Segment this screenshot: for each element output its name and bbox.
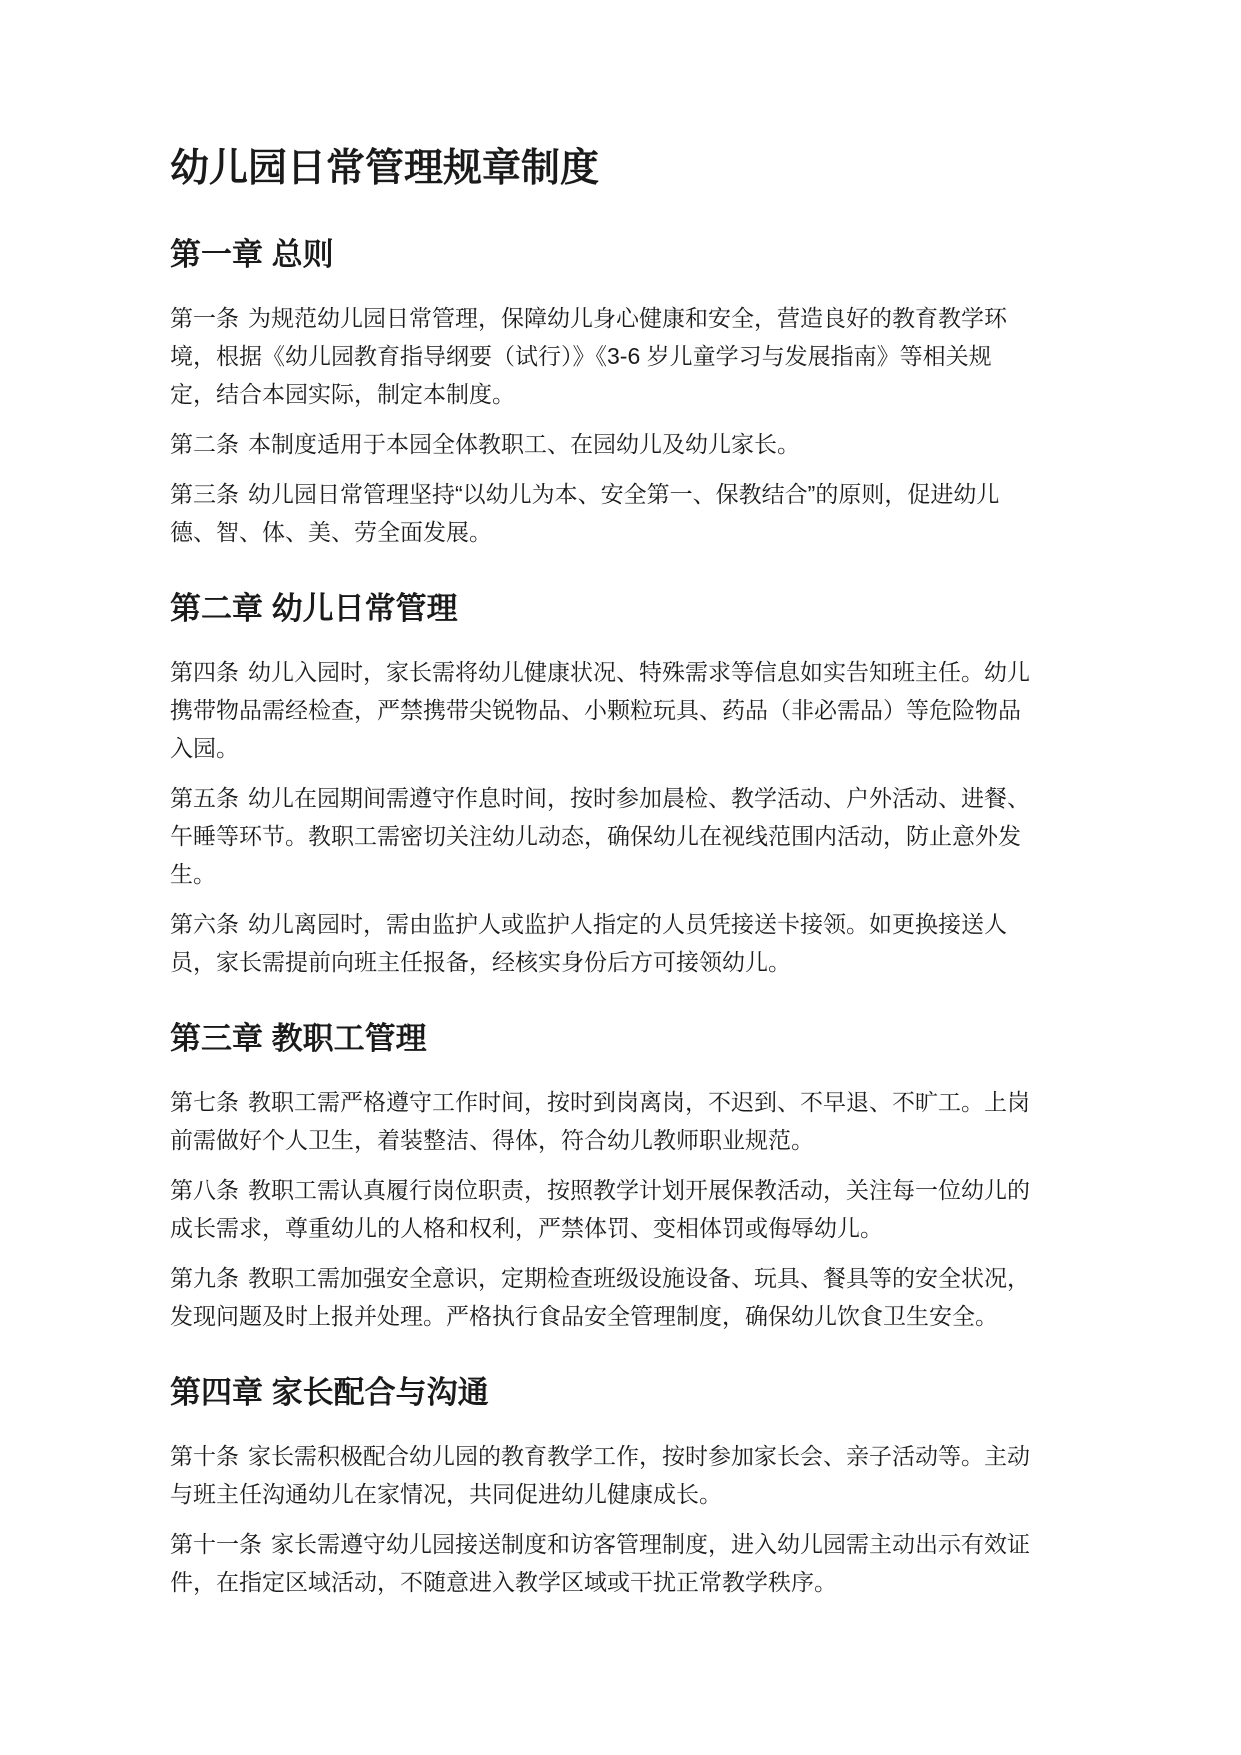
article-3: 第三条幼儿园日常管理坚持“以幼儿为本、安全第一、保教结合”的原则，促进幼儿 德、… — [170, 475, 1086, 551]
article-8: 第八条教职工需认真履行岗位职责，按照教学计划开展保教活动，关注每一位幼儿的 成长… — [170, 1171, 1086, 1247]
chapter-2-heading: 第二章 幼儿日常管理 — [170, 589, 1086, 629]
article-9: 第九条教职工需加强安全意识，定期检查班级设施设备、玩具、餐具等的安全状况， 发现… — [170, 1259, 1086, 1335]
article-9-text: 教职工需加强安全意识，定期检查班级设施设备、玩具、餐具等的安全状况， 发现问题及… — [170, 1265, 1030, 1329]
article-3-text: 幼儿园日常管理坚持“以幼儿为本、安全第一、保教结合”的原则，促进幼儿 德、智、体… — [170, 481, 999, 545]
article-7-label: 第七条 — [170, 1089, 239, 1115]
article-8-text: 教职工需认真履行岗位职责，按照教学计划开展保教活动，关注每一位幼儿的 成长需求，… — [170, 1177, 1030, 1241]
article-8-label: 第八条 — [170, 1177, 239, 1203]
article-6-text: 幼儿离园时，需由监护人或监护人指定的人员凭接送卡接领。如更换接送人 员，家长需提… — [170, 911, 1007, 975]
article-6: 第六条幼儿离园时，需由监护人或监护人指定的人员凭接送卡接领。如更换接送人 员，家… — [170, 905, 1086, 981]
article-4-text: 幼儿入园时，家长需将幼儿健康状况、特殊需求等信息如实告知班主任。幼儿 携带物品需… — [170, 659, 1030, 761]
article-1-label: 第一条 — [170, 305, 239, 331]
article-4: 第四条幼儿入园时，家长需将幼儿健康状况、特殊需求等信息如实告知班主任。幼儿 携带… — [170, 653, 1086, 767]
article-11: 第十一条家长需遵守幼儿园接送制度和访客管理制度，进入幼儿园需主动出示有效证 件，… — [170, 1525, 1086, 1601]
article-10-text: 家长需积极配合幼儿园的教育教学工作，按时参加家长会、亲子活动等。主动 与班主任沟… — [170, 1443, 1030, 1507]
chapter-3-heading: 第三章 教职工管理 — [170, 1019, 1086, 1059]
article-2-label: 第二条 — [170, 431, 239, 457]
chapter-4-heading: 第四章 家长配合与沟通 — [170, 1373, 1086, 1413]
article-11-label: 第十一条 — [170, 1531, 262, 1557]
article-10: 第十条家长需积极配合幼儿园的教育教学工作，按时参加家长会、亲子活动等。主动 与班… — [170, 1437, 1086, 1513]
chapter-1-heading: 第一章 总则 — [170, 235, 1086, 275]
article-7-text: 教职工需严格遵守工作时间，按时到岗离岗，不迟到、不早退、不旷工。上岗 前需做好个… — [170, 1089, 1030, 1153]
article-11-text: 家长需遵守幼儿园接送制度和访客管理制度，进入幼儿园需主动出示有效证 件，在指定区… — [170, 1531, 1030, 1595]
article-4-label: 第四条 — [170, 659, 239, 685]
article-3-label: 第三条 — [170, 481, 239, 507]
article-10-label: 第十条 — [170, 1443, 239, 1469]
article-9-label: 第九条 — [170, 1265, 239, 1291]
article-6-label: 第六条 — [170, 911, 239, 937]
article-2: 第二条本制度适用于本园全体教职工、在园幼儿及幼儿家长。 — [170, 425, 1086, 463]
article-1-text: 为规范幼儿园日常管理，保障幼儿身心健康和安全，营造良好的教育教学环 境，根据《幼… — [170, 305, 1007, 407]
article-7: 第七条教职工需严格遵守工作时间，按时到岗离岗，不迟到、不早退、不旷工。上岗 前需… — [170, 1083, 1086, 1159]
article-5-text: 幼儿在园期间需遵守作息时间，按时参加晨检、教学活动、户外活动、进餐、 午睡等环节… — [170, 785, 1030, 887]
article-5: 第五条幼儿在园期间需遵守作息时间，按时参加晨检、教学活动、户外活动、进餐、 午睡… — [170, 779, 1086, 893]
article-1: 第一条为规范幼儿园日常管理，保障幼儿身心健康和安全，营造良好的教育教学环 境，根… — [170, 299, 1086, 413]
article-2-text: 本制度适用于本园全体教职工、在园幼儿及幼儿家长。 — [248, 431, 800, 457]
document-title: 幼儿园日常管理规章制度 — [170, 145, 1086, 193]
article-5-label: 第五条 — [170, 785, 239, 811]
document-page: 幼儿园日常管理规章制度 第一章 总则 第一条为规范幼儿园日常管理，保障幼儿身心健… — [0, 0, 1241, 1755]
